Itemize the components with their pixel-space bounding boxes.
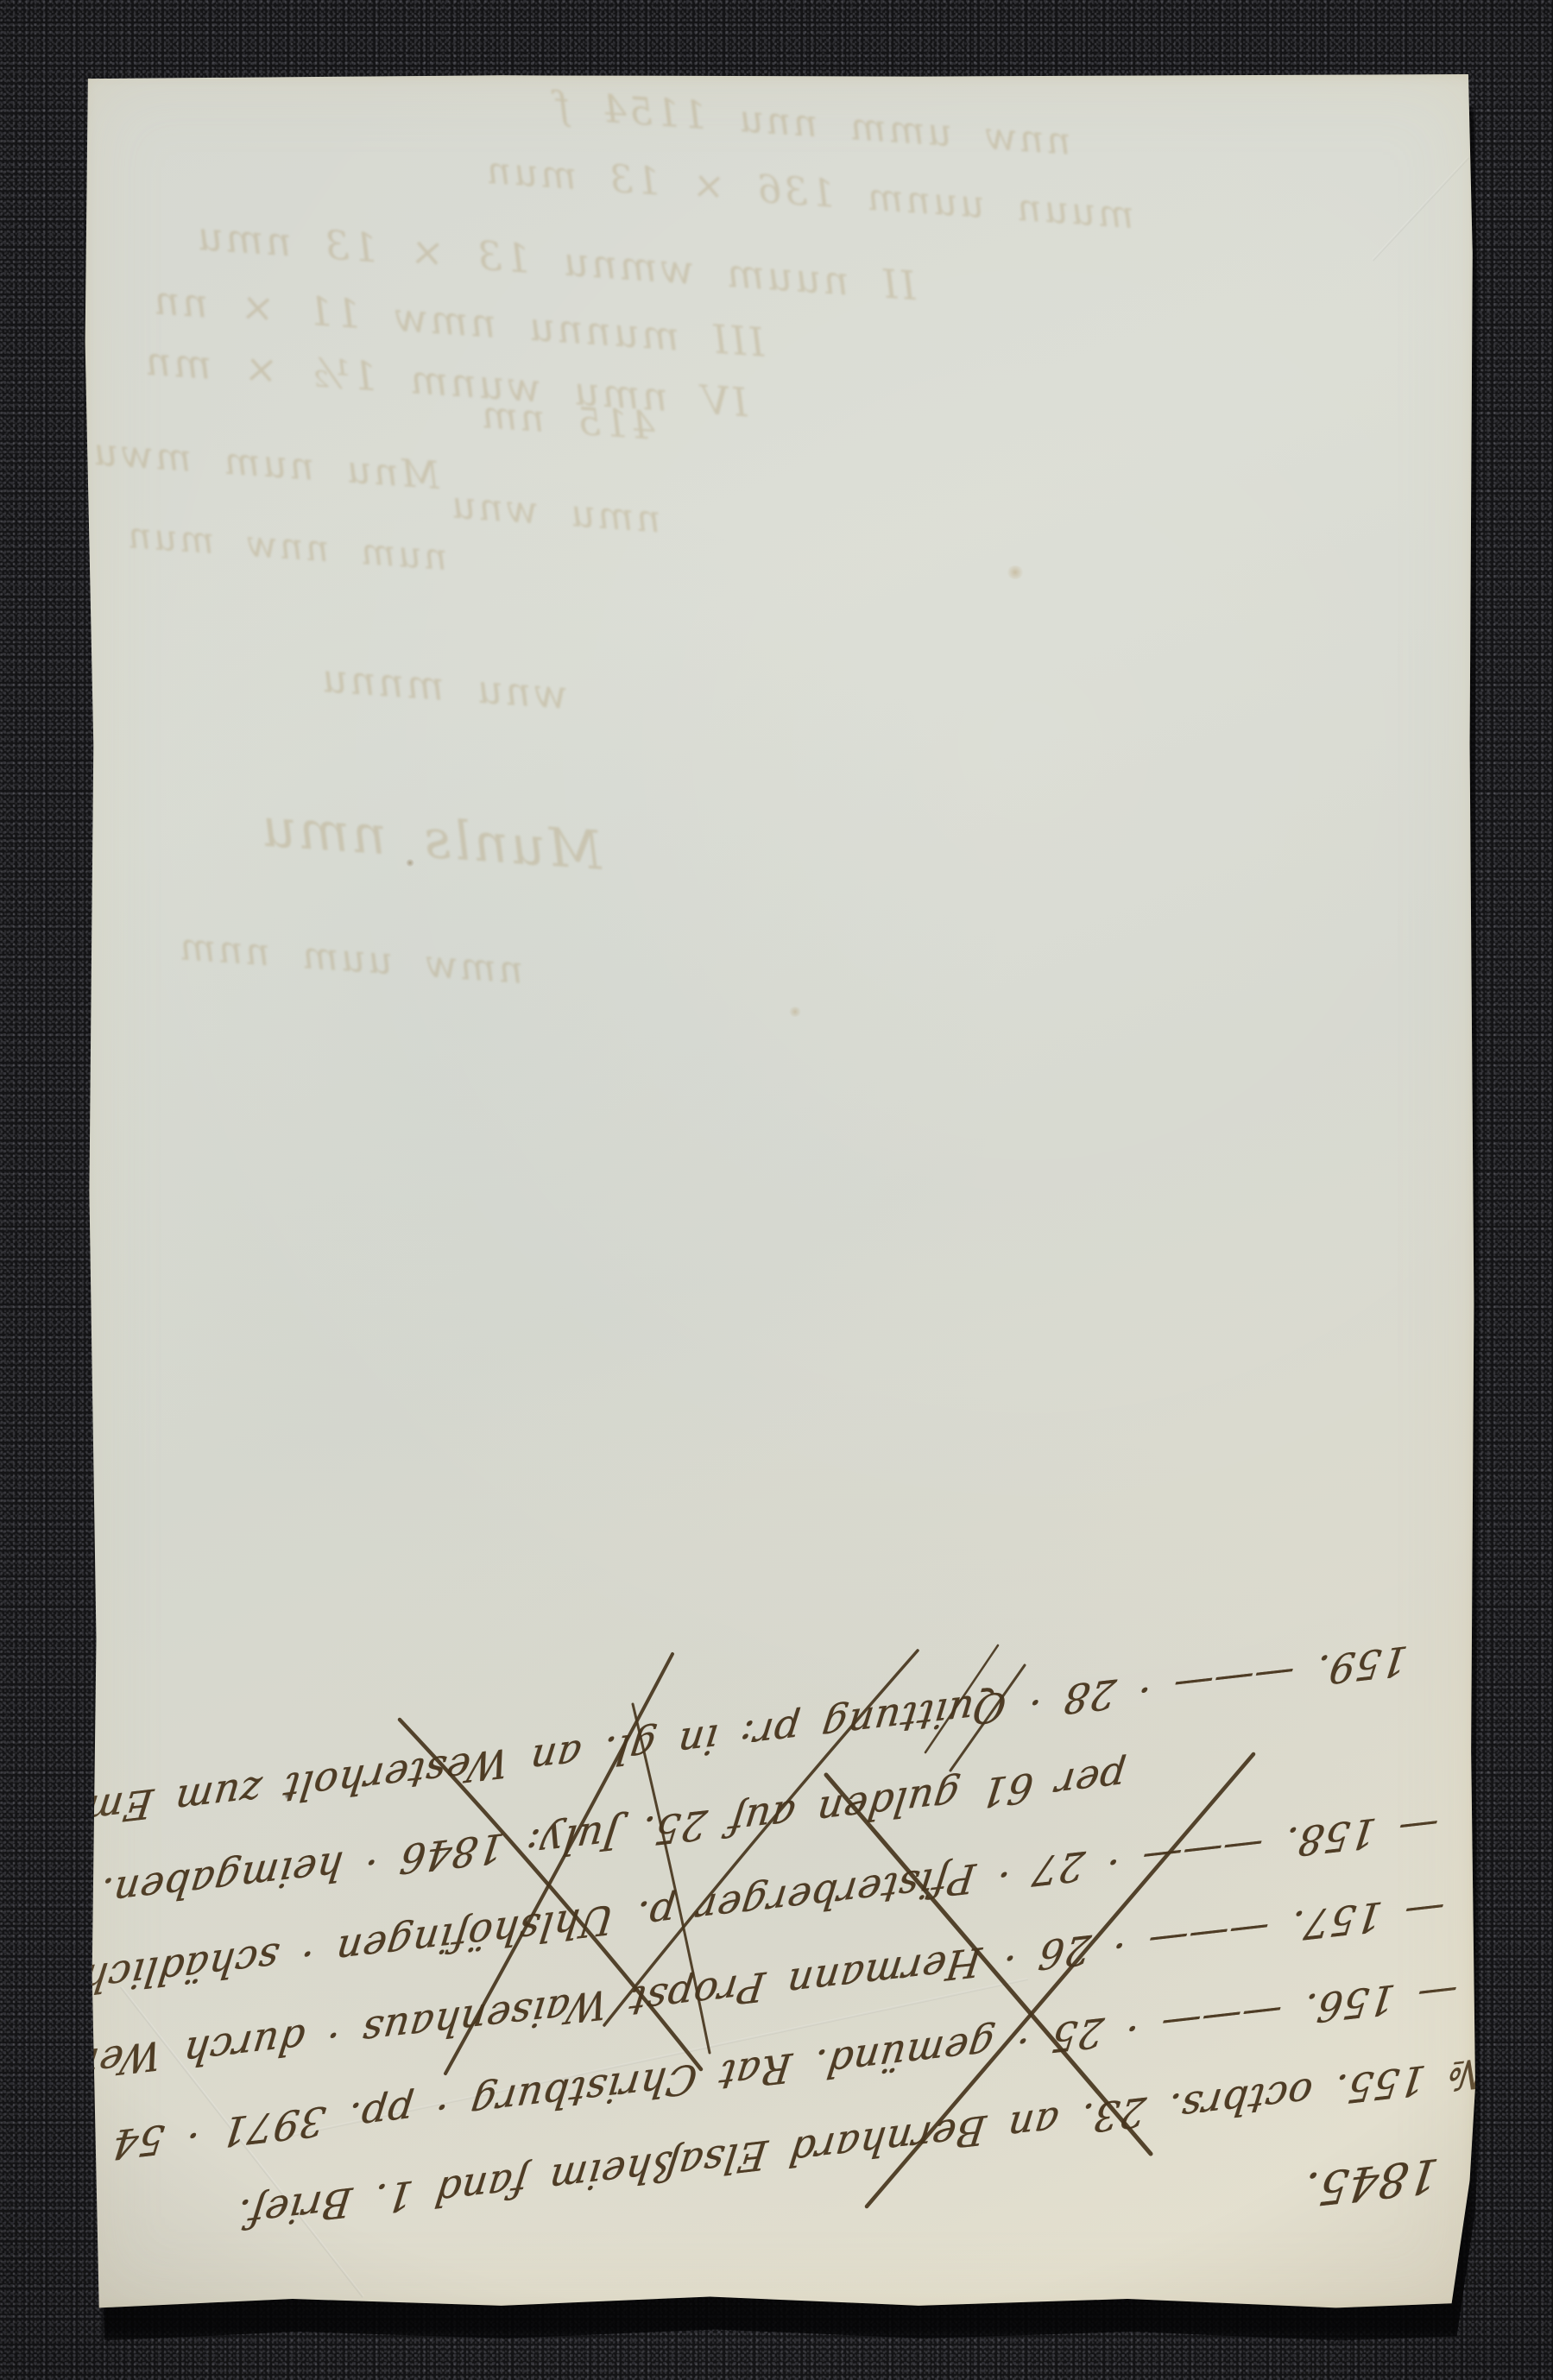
stain — [788, 1007, 802, 1017]
showthrough-line: wnu mnnu — [318, 654, 569, 718]
scanner-mat: nnw umm nnu 1154 f muun uunm 136 × 13 mu… — [0, 0, 1553, 2380]
showthrough-line: nnw umm nnu 1154 f — [552, 84, 1072, 164]
showthrough-line: Mnu num mwu — [90, 430, 441, 498]
stain — [1006, 565, 1025, 579]
handwritten-entries: 1845. № 155. octbrs. 23. an Bernhard Els… — [54, 1617, 1505, 2366]
showthrough-line: num nnw mun — [124, 514, 449, 578]
showthrough-line: nmw uum nnm — [176, 925, 525, 993]
manuscript-paper: nnw umm nnu 1154 f muun uunm 136 × 13 mu… — [84, 74, 1475, 2310]
showthrough-line: nmu wnu — [448, 483, 663, 541]
showthrough-line: Munls nmu — [257, 795, 604, 882]
crease-line — [1372, 156, 1469, 261]
